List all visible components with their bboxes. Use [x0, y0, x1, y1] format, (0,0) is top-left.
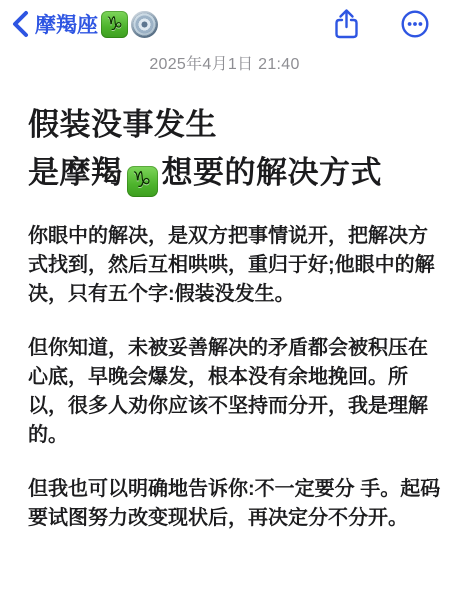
article-title: 假装没事发生 是摩羯♑想要的解决方式 — [28, 101, 421, 197]
article-body: 假装没事发生 是摩羯♑想要的解决方式 你眼中的解决，是双方把事情说开，把解决方 … — [0, 101, 449, 533]
screen: 摩羯座 ♑ — [0, 0, 449, 600]
article-title-line2-after: 想要的解决方式 — [162, 155, 383, 190]
article-paragraph: 你眼中的解决，是双方把事情说开，把解决方 式找到，然后互相哄哄，重归于好;他眼中… — [28, 222, 421, 309]
chat-title[interactable]: 摩羯座 — [35, 9, 98, 39]
nav-title-group: 摩羯座 ♑ — [10, 9, 158, 39]
share-button[interactable] — [333, 8, 360, 40]
timestamp: 2025年4月1日 21:40 — [0, 51, 449, 74]
article-paragraph: 但我也可以明确地告诉你:不一定要分 手。起码 要试图努力改变现状后，再决定分不分… — [28, 475, 421, 533]
nav-actions — [333, 8, 430, 40]
share-icon — [333, 8, 360, 40]
capricorn-glyph: ♑ — [132, 157, 152, 205]
more-button[interactable] — [400, 9, 430, 39]
optical-disc-emoji — [131, 11, 158, 38]
nav-bar: 摩羯座 ♑ — [0, 0, 449, 44]
article-paragraph: 但你知道，未被妥善解决的矛盾都会被积压在 心底，早晚会爆发，根本没有余地挽回。所… — [28, 334, 421, 450]
article-title-line2-before: 是摩羯 — [28, 155, 123, 190]
capricorn-emoji: ♑ — [101, 11, 128, 38]
capricorn-emoji: ♑ — [127, 166, 158, 197]
back-button[interactable] — [10, 9, 32, 39]
chevron-left-icon — [10, 9, 32, 39]
capricorn-glyph: ♑ — [106, 13, 123, 35]
article-title-line1: 假装没事发生 — [28, 107, 217, 142]
ellipsis-circle-icon — [400, 9, 430, 39]
